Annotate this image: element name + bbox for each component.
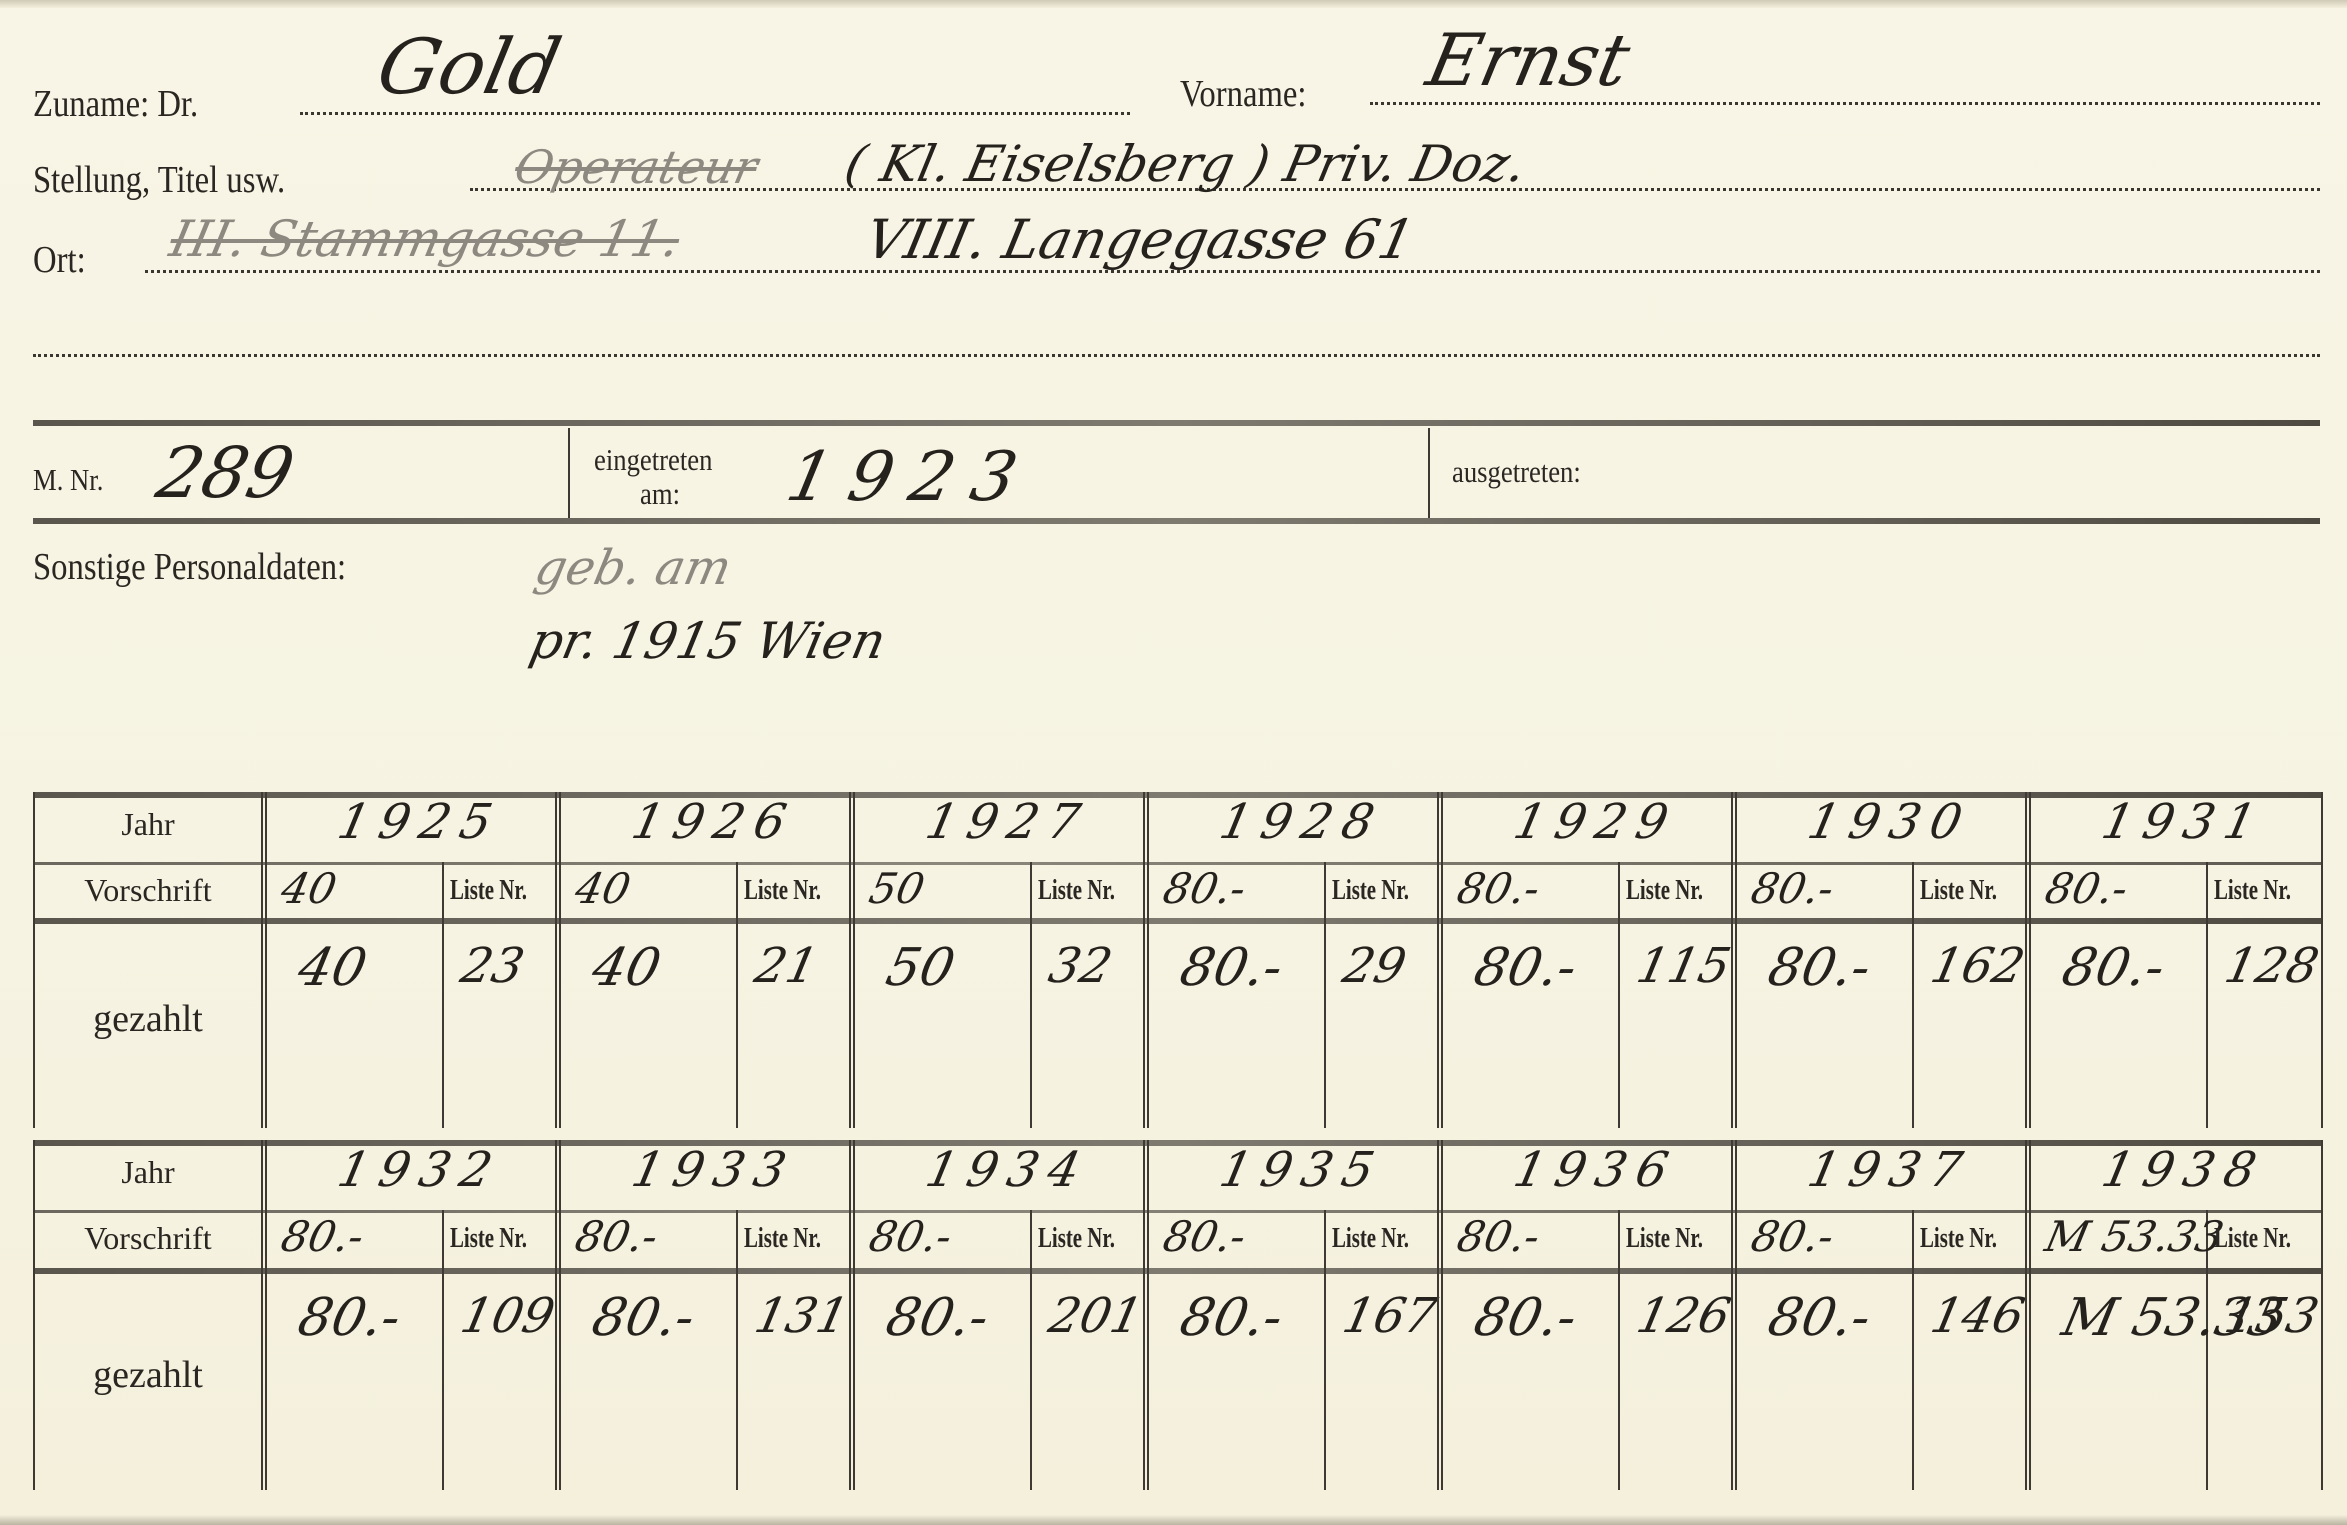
position-value: ( Kl. Eiselsberg ) Priv. Doz. [840,135,1531,193]
list-no-value: 131 [750,1288,854,1344]
paid-value: 80.- [2057,938,2170,998]
list-no-label: Liste Nr. [450,1222,527,1255]
list-no-divider [442,1210,444,1490]
required-value: M 53.33 [2041,1212,2228,1261]
paid-value: 80.- [1469,938,1582,998]
blank-line [33,354,2320,357]
year-value: 1931 [2097,794,2271,850]
list-no-value: 153 [2220,1288,2324,1344]
registration-top-rule [33,420,2320,426]
required-value: 50 [865,864,929,913]
year-value: 1927 [921,794,1095,850]
section-0-required-rule [33,918,2321,924]
year-divider [1437,1140,1443,1490]
registration-bottom-rule [33,518,2320,524]
paid-value: 80.- [1763,938,1876,998]
year-divider [1143,1140,1149,1490]
list-no-divider [1618,862,1620,1128]
list-no-divider [1324,1210,1326,1490]
list-no-label: Liste Nr. [1626,1222,1703,1255]
year-divider [1731,1140,1737,1490]
position-value-struck: Operateur [510,140,763,194]
year-value: 1933 [627,1142,801,1198]
member-no-label: M. Nr. [33,462,103,498]
year-divider [261,792,267,1128]
list-no-value: 167 [1338,1288,1442,1344]
year-divider [555,792,561,1128]
card-edge-bottom [0,1515,2347,1525]
year-value: 1934 [921,1142,1095,1198]
year-value: 1930 [1803,794,1977,850]
section-0-right-border [2321,792,2323,1128]
paid-value: 80.- [1175,938,1288,998]
section-1-right-border [2321,1140,2323,1490]
list-no-value: 146 [1926,1288,2030,1344]
paid-value: 80.- [1469,1288,1582,1348]
list-no-label: Liste Nr. [2214,1222,2291,1255]
year-divider [1437,792,1443,1128]
list-no-divider [1912,862,1914,1128]
row-label-required: Vorschrift [33,1220,263,1257]
list-no-value: 32 [1044,938,1117,994]
row-label-year: Jahr [33,806,263,843]
location-value-struck: III. Stammgasse 11. [165,210,685,268]
list-no-value: 201 [1044,1288,1148,1344]
row-label-paid: gezahlt [33,997,263,1041]
list-no-value: 126 [1632,1288,1736,1344]
required-value: 80.- [865,1212,956,1261]
list-no-value: 115 [1632,938,1736,994]
registration-divider-2 [1428,428,1430,518]
required-value: 80.- [571,1212,662,1261]
row-label-required: Vorschrift [33,872,263,909]
year-divider [849,1140,855,1490]
list-no-label: Liste Nr. [450,874,527,907]
first-name-line [1370,102,2320,105]
required-value: 80.- [1747,1212,1838,1261]
list-no-label: Liste Nr. [1626,874,1703,907]
year-value: 1925 [333,794,507,850]
required-value: 80.- [1453,864,1544,913]
list-no-divider [1912,1210,1914,1490]
list-no-divider [1618,1210,1620,1490]
required-value: 40 [571,864,635,913]
row-label-paid: gezahlt [33,1353,263,1397]
list-no-divider [1324,862,1326,1128]
surname-label: Zuname: Dr. [33,82,198,126]
list-no-label: Liste Nr. [1332,1222,1409,1255]
list-no-value: 162 [1926,938,2030,994]
card-edge-top [0,0,2347,8]
list-no-label: Liste Nr. [2214,874,2291,907]
list-no-value: 21 [750,938,823,994]
membership-index-card: Zuname: Dr. Gold Vorname: Ernst Stellung… [0,0,2347,1525]
location-value: VIII. Langegasse 61 [860,208,1420,271]
joined-value: 1923 [780,438,1042,517]
list-no-label: Liste Nr. [744,1222,821,1255]
year-value: 1928 [1215,794,1389,850]
year-value: 1935 [1215,1142,1389,1198]
left-label: ausgetreten: [1452,454,1581,490]
personal-data-line1: geb. am [530,540,736,596]
surname-line [300,112,1130,115]
list-no-label: Liste Nr. [1332,874,1409,907]
list-no-divider [736,862,738,1128]
location-label: Ort: [33,238,86,282]
list-no-value: 109 [456,1288,560,1344]
list-no-label: Liste Nr. [1038,874,1115,907]
required-value: 80.- [1159,1212,1250,1261]
year-divider [2025,1140,2031,1490]
year-value: 1938 [2097,1142,2271,1198]
paid-value: 50 [881,938,960,998]
year-divider [2025,792,2031,1128]
registration-divider-1 [568,428,570,518]
first-name-value: Ernst [1420,18,1637,102]
required-value: 80.- [2041,864,2132,913]
list-no-divider [1030,1210,1032,1490]
list-no-value: 128 [2220,938,2324,994]
year-divider [555,1140,561,1490]
year-divider [1731,792,1737,1128]
list-no-value: 23 [456,938,529,994]
section-1-left-border [33,1140,35,1490]
paid-value: 80.- [293,1288,406,1348]
list-no-label: Liste Nr. [744,874,821,907]
paid-value: 40 [587,938,666,998]
joined-label-am: am: [640,476,680,512]
row-label-year: Jahr [33,1154,263,1191]
paid-value: 80.- [587,1288,700,1348]
paid-value: 80.- [1763,1288,1876,1348]
year-value: 1932 [333,1142,507,1198]
list-no-label: Liste Nr. [1038,1222,1115,1255]
member-no-value: 289 [150,432,301,514]
year-value: 1937 [1803,1142,1977,1198]
position-label: Stellung, Titel usw. [33,158,285,202]
list-no-divider [1030,862,1032,1128]
list-no-divider [736,1210,738,1490]
required-value: 80.- [1159,864,1250,913]
section-1-required-rule [33,1268,2321,1274]
personal-data-label: Sonstige Personaldaten: [33,545,346,589]
list-no-divider [442,862,444,1128]
required-value: 80.- [1453,1212,1544,1261]
year-value: 1929 [1509,794,1683,850]
year-value: 1936 [1509,1142,1683,1198]
surname-value: Gold [370,22,568,111]
year-divider [849,792,855,1128]
year-divider [1143,792,1149,1128]
year-divider [261,1140,267,1490]
first-name-label: Vorname: [1180,72,1306,116]
required-value: 80.- [1747,864,1838,913]
list-no-value: 29 [1338,938,1411,994]
list-no-label: Liste Nr. [1920,874,1997,907]
list-no-label: Liste Nr. [1920,1222,1997,1255]
required-value: 80.- [277,1212,368,1261]
personal-data-line2: pr. 1915 Wien [525,612,891,670]
paid-value: 80.- [881,1288,994,1348]
paid-value: 40 [293,938,372,998]
year-value: 1926 [627,794,801,850]
required-value: 40 [277,864,341,913]
paid-value: 80.- [1175,1288,1288,1348]
joined-label: eingetreten [594,442,712,478]
list-no-divider [2206,862,2208,1128]
